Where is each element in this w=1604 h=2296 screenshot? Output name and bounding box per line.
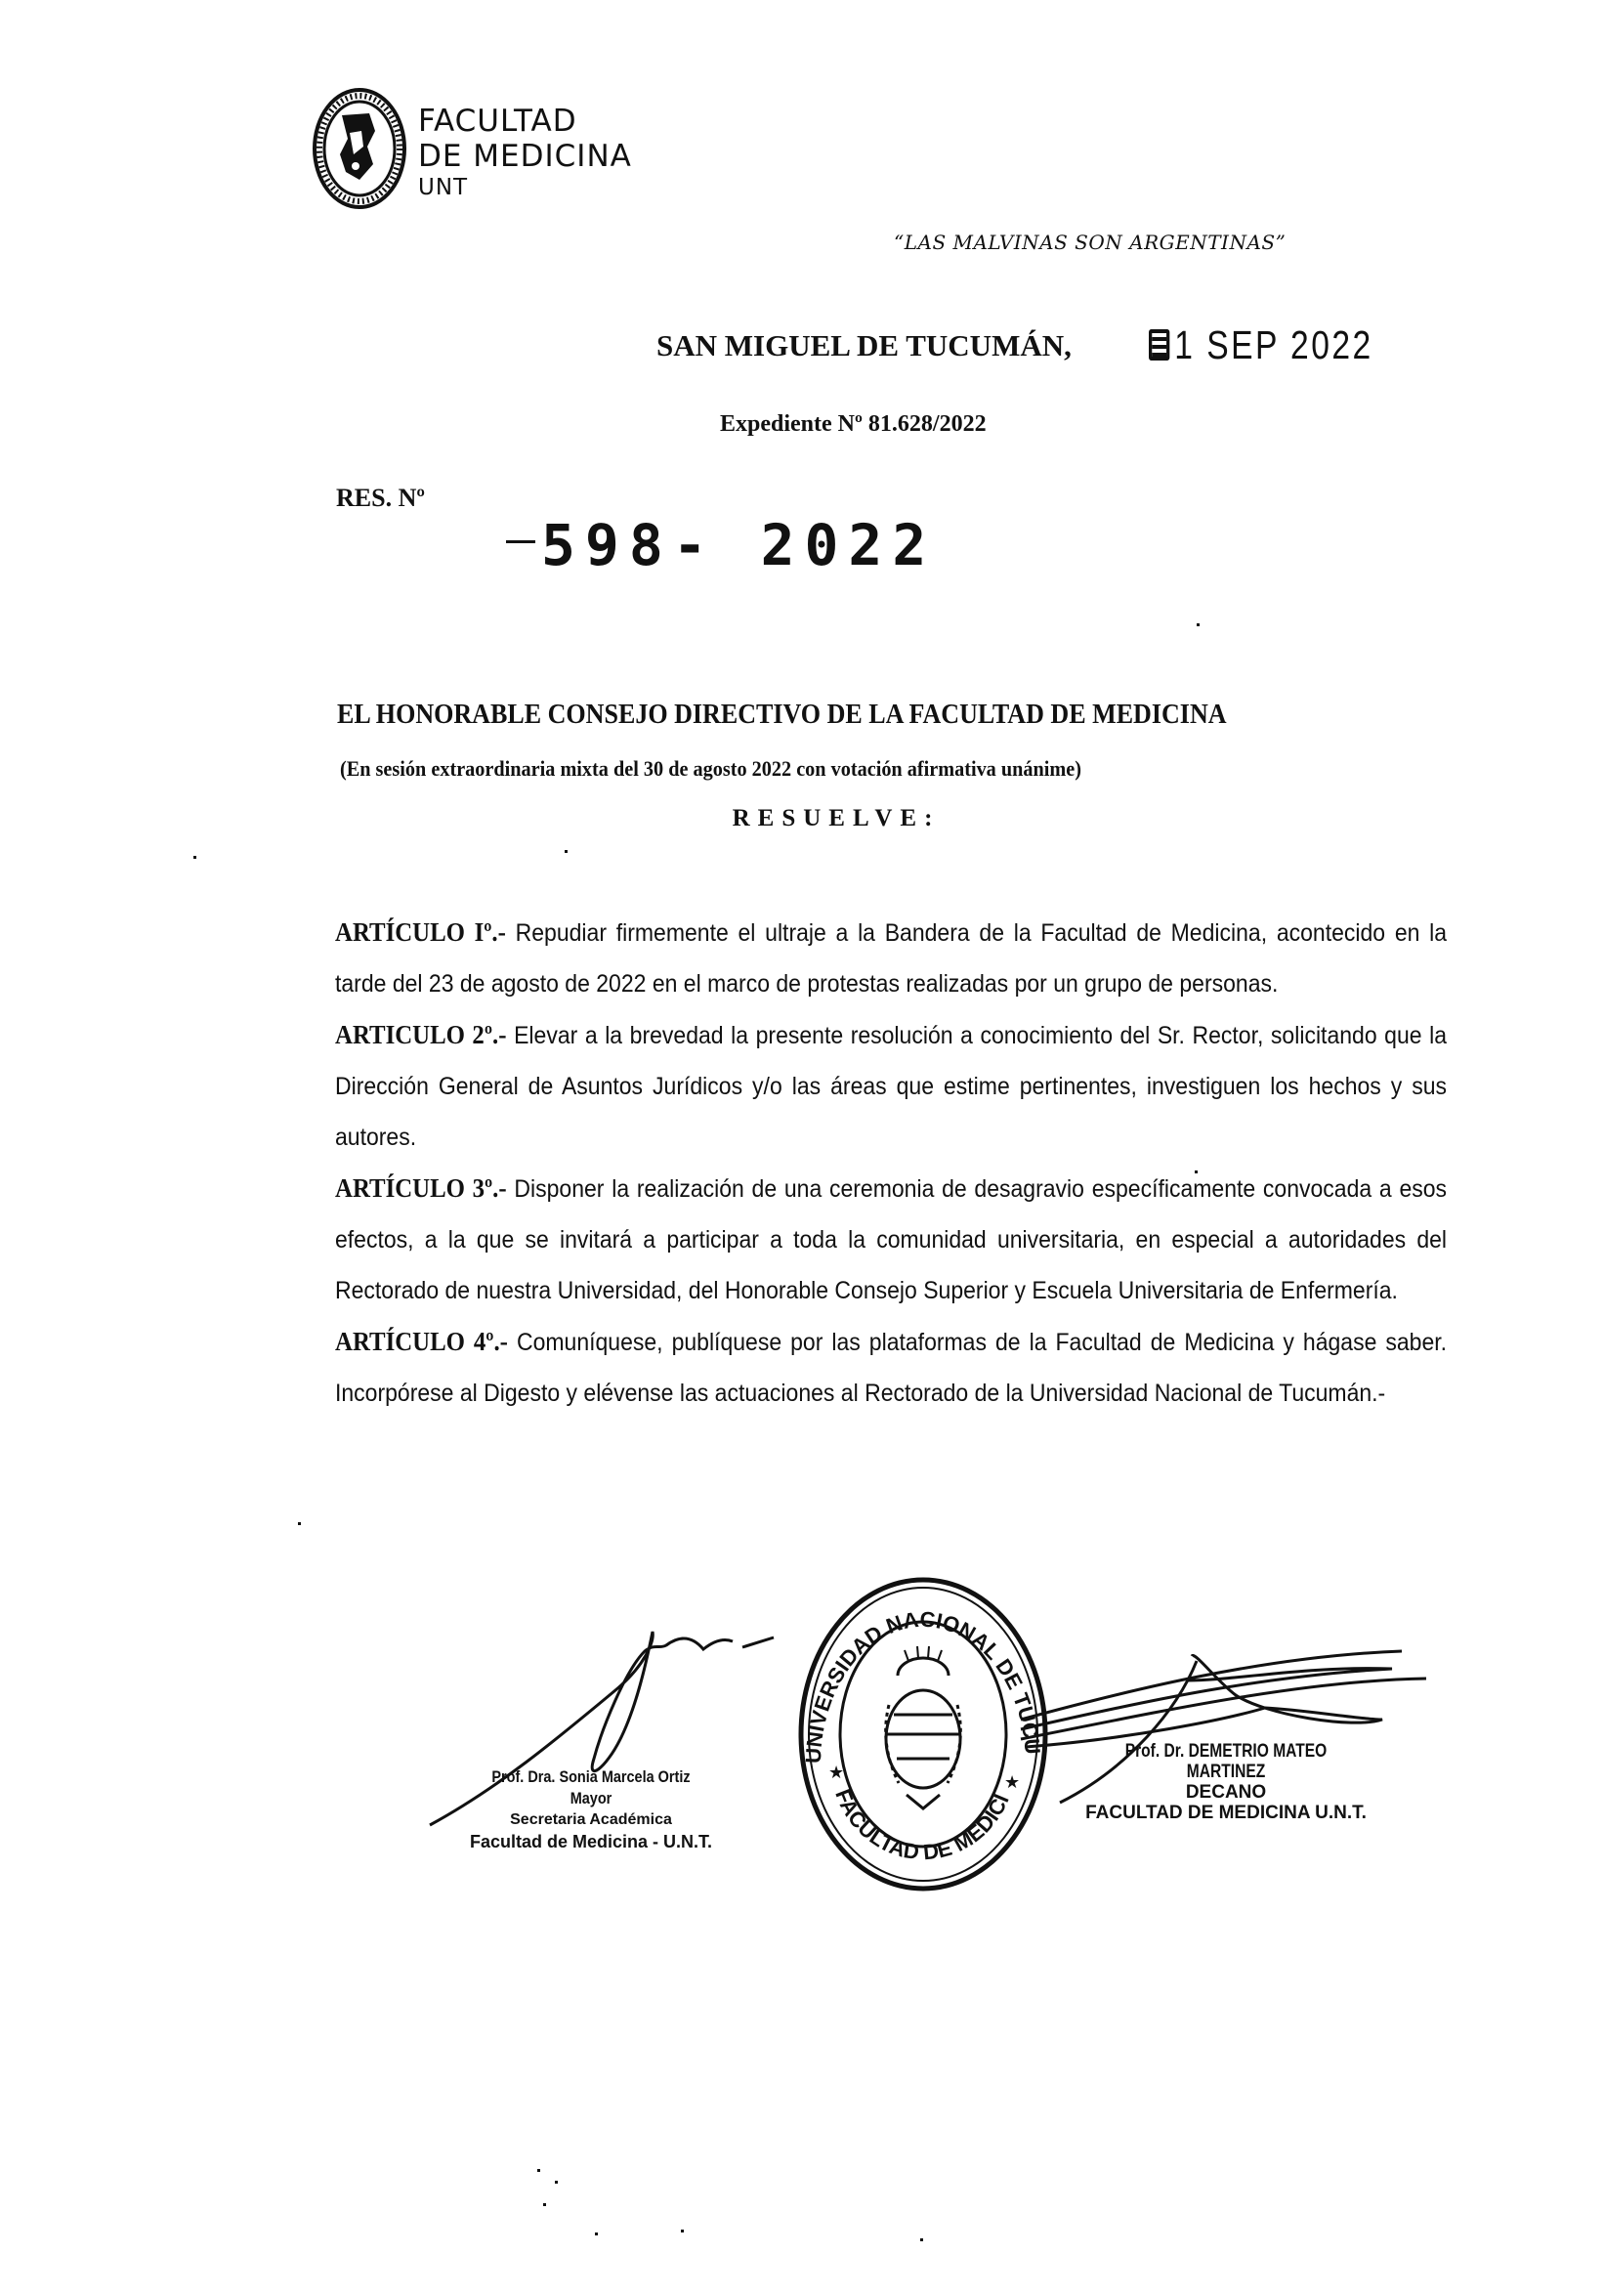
signatory-name: Prof. Dr. DEMETRIO MATEO MARTINEZ: [1098, 1741, 1354, 1782]
signature-block-right: Prof. Dr. DEMETRIO MATEO MARTINEZ DECANO…: [1070, 1741, 1382, 1823]
scan-speck: [1195, 1170, 1198, 1173]
signatory-title: Secretaria Académica: [449, 1809, 733, 1831]
date-stamp: 1 SEP 2022: [1149, 322, 1373, 368]
svg-text:★: ★: [828, 1763, 844, 1782]
scan-speck: [193, 856, 196, 859]
dash-mark: [506, 540, 535, 543]
article-4: ARTÍCULO 4º.- Comuníquese, publíquese po…: [335, 1316, 1447, 1419]
article-2: ARTICULO 2º.- Elevar a la brevedad la pr…: [335, 1009, 1447, 1163]
date-stamp-text: 1 SEP 2022: [1174, 322, 1372, 367]
motto: “LAS MALVINAS SON ARGENTINAS”: [894, 231, 1286, 254]
article-title: ARTÍCULO 4º.-: [335, 1327, 508, 1356]
article-title: ARTICULO 2º.-: [335, 1020, 507, 1049]
scan-speck: [595, 2232, 598, 2235]
session-note: (En sesión extraordinaria mixta del 30 d…: [340, 756, 1373, 782]
article-title: ARTÍCULO 3º.-: [335, 1173, 507, 1203]
article-title: ARTÍCULO Iº.-: [335, 917, 506, 947]
scan-speck: [1197, 623, 1200, 626]
scan-speck: [543, 2203, 546, 2206]
expediente-number: Expediente Nº 81.628/2022: [720, 411, 987, 438]
stamp-mark-icon: [1149, 329, 1169, 361]
resolution-number-text: 598- 2022: [541, 512, 936, 578]
scan-speck: [298, 1522, 301, 1525]
letterhead-line-2: DE MEDICINA: [418, 139, 632, 174]
article-3: ARTÍCULO 3º.- Disponer la realización de…: [335, 1163, 1447, 1316]
university-seal-icon: [311, 86, 408, 211]
scan-speck: [920, 2238, 923, 2241]
resolution-label: RES. Nº: [336, 484, 425, 513]
signatory-institution: FACULTAD DE MEDICINA U.N.T.: [1070, 1803, 1382, 1823]
council-heading: EL HONORABLE CONSEJO DIRECTIVO DE LA FAC…: [337, 700, 1391, 731]
scan-speck: [681, 2230, 684, 2232]
signatory-institution: Facultad de Medicina - U.N.T.: [449, 1831, 733, 1852]
article-1: ARTÍCULO Iº.- Repudiar firmemente el ult…: [335, 907, 1447, 1009]
resolution-number: 598- 2022: [506, 512, 936, 578]
resuelve-heading: RESUELVE:: [0, 805, 1604, 832]
scan-speck: [537, 2169, 540, 2172]
faculty-letterhead: FACULTAD DE MEDICINA UNT: [418, 104, 632, 201]
letterhead-line-1: FACULTAD: [418, 104, 632, 139]
scan-speck: [565, 850, 568, 853]
signatory-title: DECANO: [1070, 1782, 1382, 1803]
letterhead-line-3: UNT: [418, 174, 632, 201]
articles: ARTÍCULO Iº.- Repudiar firmemente el ult…: [335, 907, 1447, 1419]
signature-block-left: Prof. Dra. Sonia Marcela Ortiz Mayor Sec…: [449, 1766, 733, 1852]
signatory-name: Prof. Dra. Sonia Marcela Ortiz Mayor: [471, 1766, 712, 1809]
place: SAN MIGUEL DE TUCUMÁN,: [656, 328, 1072, 363]
scan-speck: [555, 2181, 558, 2184]
